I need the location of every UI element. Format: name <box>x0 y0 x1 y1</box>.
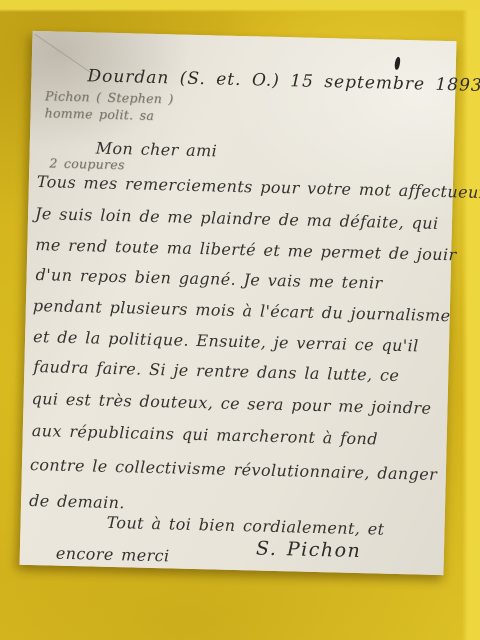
letter-closing: Tout à toi bien cordialement, et <box>106 515 384 538</box>
pencil-annotation-name: Pichon ( Stephen ) <box>45 90 174 106</box>
letter-body-line: qui est très douteux, ce sera pour me jo… <box>31 391 431 417</box>
ink-blot <box>394 56 401 70</box>
letter-body-line: pendant plusieurs mois à l'écart du jour… <box>33 298 451 324</box>
letter-photograph: Dourdan (S. et. O.) 15 septembre 1893 Pi… <box>0 0 480 640</box>
pencil-annotation-note: homme polit. sa <box>44 107 154 122</box>
letter-signature: S. Pichon <box>256 540 362 562</box>
letter-closing-2: encore merci <box>56 546 170 565</box>
pencil-annotation-count: 2 coupures <box>49 157 125 171</box>
letter-body-line: me rend toute ma liberté et me permet de… <box>35 237 457 263</box>
letter-body-line: aux républicains qui marcheront à fond <box>32 423 378 447</box>
letter-body-line: d'un repos bien gagné. Je vais me tenir <box>35 267 382 291</box>
letter-body-line: Tous mes remerciements pour votre mot af… <box>37 174 480 201</box>
letter-body-line: Je suis loin de me plaindre de ma défait… <box>35 206 439 232</box>
letter-paper: Dourdan (S. et. O.) 15 septembre 1893 Pi… <box>20 31 457 575</box>
letter-body-line: contre le collectivisme révolutionnaire,… <box>30 457 438 483</box>
letter-body-line: et de la politique. Ensuite, je verrai c… <box>33 329 419 354</box>
letter-body-line: de demain. <box>29 493 125 511</box>
letter-body-line: faudra faire. Si je rentre dans la lutte… <box>33 359 399 384</box>
